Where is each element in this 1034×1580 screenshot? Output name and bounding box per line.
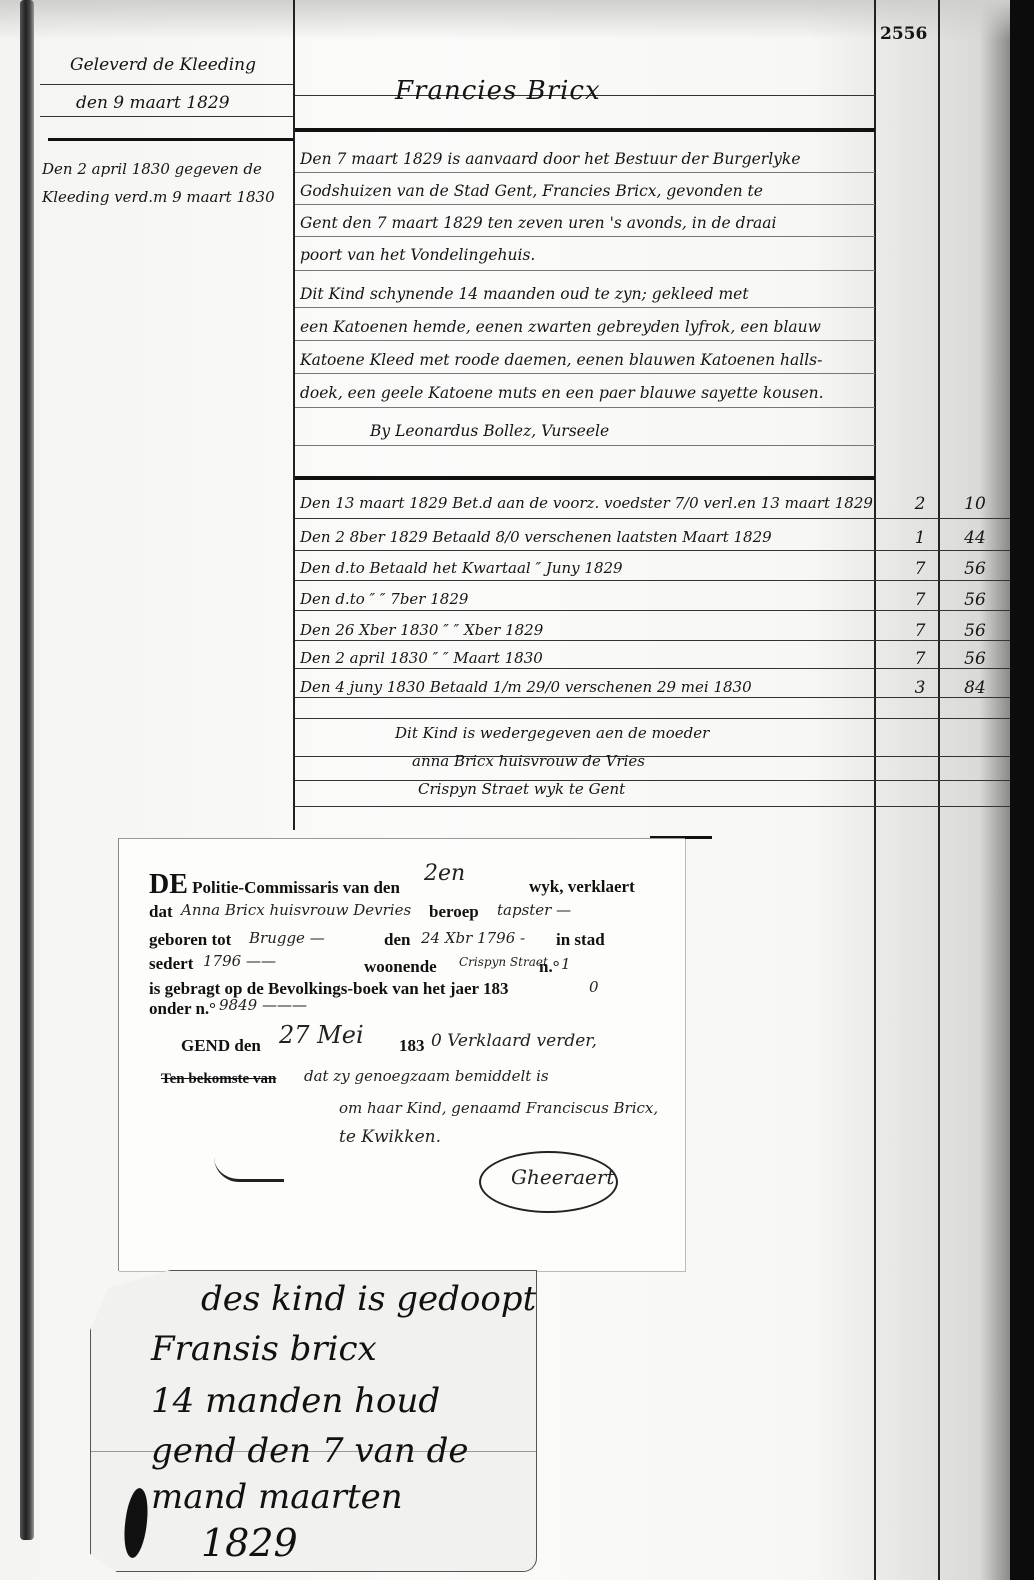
cert-person-name: Anna Bricx huisvrouw Devries (181, 901, 411, 919)
ledger-row: Den 13 maart 1829 Bet.d aan de voorz. vo… (300, 492, 1010, 518)
cert-year: 0 (589, 978, 599, 996)
ledger-amount-2: 56 (950, 621, 1000, 641)
child-name-heading: Francies Bricx (395, 76, 601, 106)
cert-district: 2en (424, 861, 465, 886)
margin-note-clothing-date: den 9 maart 1829 (76, 93, 230, 113)
cert-issue-date: 27 Mei (279, 1021, 364, 1049)
ledger-desc: Den d.to ″ ″ 7ber 1829 (300, 590, 468, 608)
cert-handwritten-line: dat zy genoegzaam bemiddelt is (304, 1067, 549, 1085)
ledger-rule (295, 640, 1010, 641)
ledger-thick-rule (295, 476, 875, 480)
ledger-amount-1: 2 (900, 494, 940, 514)
slip-line: gend den 7 van de (151, 1431, 468, 1471)
page-top-shadow (0, 0, 1010, 40)
cert-since-year: 1796 —— (203, 952, 276, 970)
register-page: Geleverd de Kleeding den 9 maart 1829 De… (0, 0, 1010, 1580)
ledger-row: Den 4 juny 1830 Betaald 1/m 29/0 versche… (300, 676, 1010, 702)
ledger-rule (295, 697, 1010, 698)
cert-street: Crispyn Straet (459, 955, 548, 969)
ledger-amount-1: 7 (900, 590, 940, 610)
ledger-amount-1: 1 (900, 528, 940, 548)
margin-column-rule (293, 0, 295, 830)
amount-column-rule-1 (874, 0, 876, 1580)
ruled-line (295, 172, 875, 173)
ledger-rule (295, 668, 1010, 669)
admission-line: Den 7 maart 1829 is aanvaard door het Be… (300, 150, 801, 168)
ledger-amount-1: 7 (900, 621, 940, 641)
margin-rule (40, 116, 293, 117)
ruled-line (295, 270, 875, 271)
cert-text: is gebragt op de Bevolkings-boek van het… (149, 979, 509, 999)
clothing-line: Katoene Kleed met roode daemen, eenen bl… (300, 351, 822, 369)
cert-text: onder n.° (149, 999, 216, 1019)
cert-birthplace: Brugge — (249, 929, 325, 947)
scan-edge-shadow (1010, 0, 1034, 1580)
slip-line: mand maarten (151, 1477, 403, 1517)
admission-line: poort van het Vondelingehuis. (300, 246, 535, 264)
return-note-line: Crispyn Straet wyk te Gent (418, 780, 625, 798)
ledger-rule (295, 518, 1010, 519)
admission-line: Godshuizen van de Stad Gent, Francies Br… (300, 182, 763, 200)
ledger-rule (295, 718, 1010, 719)
ruled-line (295, 373, 875, 374)
amount-column-rule-2 (938, 0, 940, 1580)
ledger-desc: Den 2 8ber 1829 Betaald 8/0 verschenen l… (300, 528, 772, 546)
cert-occupation: tapster — (497, 901, 571, 919)
ruled-line (295, 204, 875, 205)
cert-text: 183 (399, 1036, 425, 1056)
ledger-rule (295, 806, 1010, 807)
cert-text: beroep (429, 902, 479, 922)
cert-dropcap: DE (149, 869, 188, 900)
clothing-line: doek, een geele Katoene muts en een paer… (300, 384, 824, 402)
cert-signature: Gheeraert (511, 1165, 614, 1189)
flourish-mark (214, 1157, 284, 1182)
ledger-amount-2: 56 (950, 649, 1000, 669)
ledger-amount-2: 44 (950, 528, 1000, 548)
return-note-line: anna Bricx huisvrouw de Vries (412, 752, 645, 770)
ledger-desc: Den d.to Betaald het Kwartaal ″ Juny 182… (300, 559, 623, 577)
ledger-row: Den 2 april 1830 ″ ″ Maart 1830 7 56 (300, 647, 1010, 673)
ledger-rule (295, 756, 1010, 757)
ledger-desc: Den 4 juny 1830 Betaald 1/m 29/0 versche… (300, 678, 752, 696)
folio-number: 2556 (880, 24, 927, 44)
header-thick-rule (295, 128, 875, 132)
ledger-rule (295, 550, 1010, 551)
slip-year: 1829 (201, 1521, 298, 1565)
ledger-amount-1: 3 (900, 678, 940, 698)
ledger-desc: Den 13 maart 1829 Bet.d aan de voorz. vo… (300, 494, 873, 512)
cert-birthdate: 24 Xbr 1796 - (421, 929, 525, 947)
margin-note-return-date: Kleeding verd.m 9 maart 1830 (42, 188, 275, 206)
clothing-line: een Katoenen hemde, eenen zwarten gebrey… (300, 318, 821, 336)
ledger-row: Den 26 Xber 1830 ″ ″ Xber 1829 7 56 (300, 619, 1010, 645)
ledger-amount-1: 7 (900, 559, 940, 579)
ruled-line (295, 407, 875, 408)
ledger-amount-2: 56 (950, 590, 1000, 610)
police-certificate: DE Politie-Commissaris van den 2en wyk, … (118, 838, 685, 1271)
ruled-line (295, 236, 875, 237)
cert-declaration: 0 Verklaard verder, (431, 1031, 597, 1051)
slip-line: 14 manden houd (151, 1381, 440, 1421)
cert-text: wyk, verklaert (529, 877, 635, 897)
ledger-amount-1: 7 (900, 649, 940, 669)
ruled-line (295, 445, 875, 446)
clothing-line: Dit Kind schynende 14 maanden oud te zyn… (300, 285, 749, 303)
cert-text: dat (149, 902, 173, 922)
cert-text: Politie-Commissaris van den (192, 878, 400, 897)
slip-line: des kind is gedoopt (201, 1279, 536, 1319)
cert-text: in stad (556, 930, 605, 950)
return-note-line: Dit Kind is wedergegeven aen de moeder (395, 724, 709, 742)
ledger-desc: Den 26 Xber 1830 ″ ″ Xber 1829 (300, 621, 543, 639)
ledger-rule (295, 580, 1010, 581)
cert-handwritten-line: te Kwikken. (339, 1127, 441, 1147)
margin-note-clothing-delivered: Geleverd de Kleeding (70, 55, 256, 75)
cert-text: sedert (149, 954, 193, 974)
cert-text: n.° (539, 957, 560, 977)
ruled-line (295, 307, 875, 308)
ledger-amount-2: 56 (950, 559, 1000, 579)
cert-text: geboren tot (149, 930, 231, 950)
slip-line: Fransis bricx (151, 1329, 377, 1369)
ledger-amount-2: 84 (950, 678, 1000, 698)
margin-thick-rule (48, 138, 293, 141)
cert-text: GEND den (181, 1036, 261, 1056)
margin-note-return: Den 2 april 1830 gegeven de (42, 160, 262, 178)
ledger-desc: Den 2 april 1830 ″ ″ Maart 1830 (300, 649, 543, 667)
cert-print: DE Politie-Commissaris van den (149, 869, 400, 901)
cert-text: woonende (364, 957, 437, 977)
cert-struck-text: Ten bekomste van (161, 1071, 276, 1088)
ledger-amount-2: 10 (950, 494, 1000, 514)
cert-house-number: 1 (561, 955, 571, 973)
ledger-rule (295, 610, 1010, 611)
cert-text: den (384, 930, 410, 950)
admission-line: Gent den 7 maart 1829 ten zeven uren 's … (300, 214, 776, 232)
margin-rule (40, 84, 293, 85)
foster-placement: By Leonardus Bollez, Vurseele (370, 422, 609, 440)
book-binding (20, 0, 34, 1540)
baptism-slip: des kind is gedoopt Fransis bricx 14 man… (90, 1270, 537, 1572)
ledger-rule (295, 780, 1010, 781)
cert-register-number: 9849 ——— (219, 996, 307, 1014)
ruled-line (295, 340, 875, 341)
ledger-row: Den 2 8ber 1829 Betaald 8/0 verschenen l… (300, 526, 1010, 552)
cert-handwritten-line: om haar Kind, genaamd Franciscus Bricx, (339, 1099, 658, 1117)
